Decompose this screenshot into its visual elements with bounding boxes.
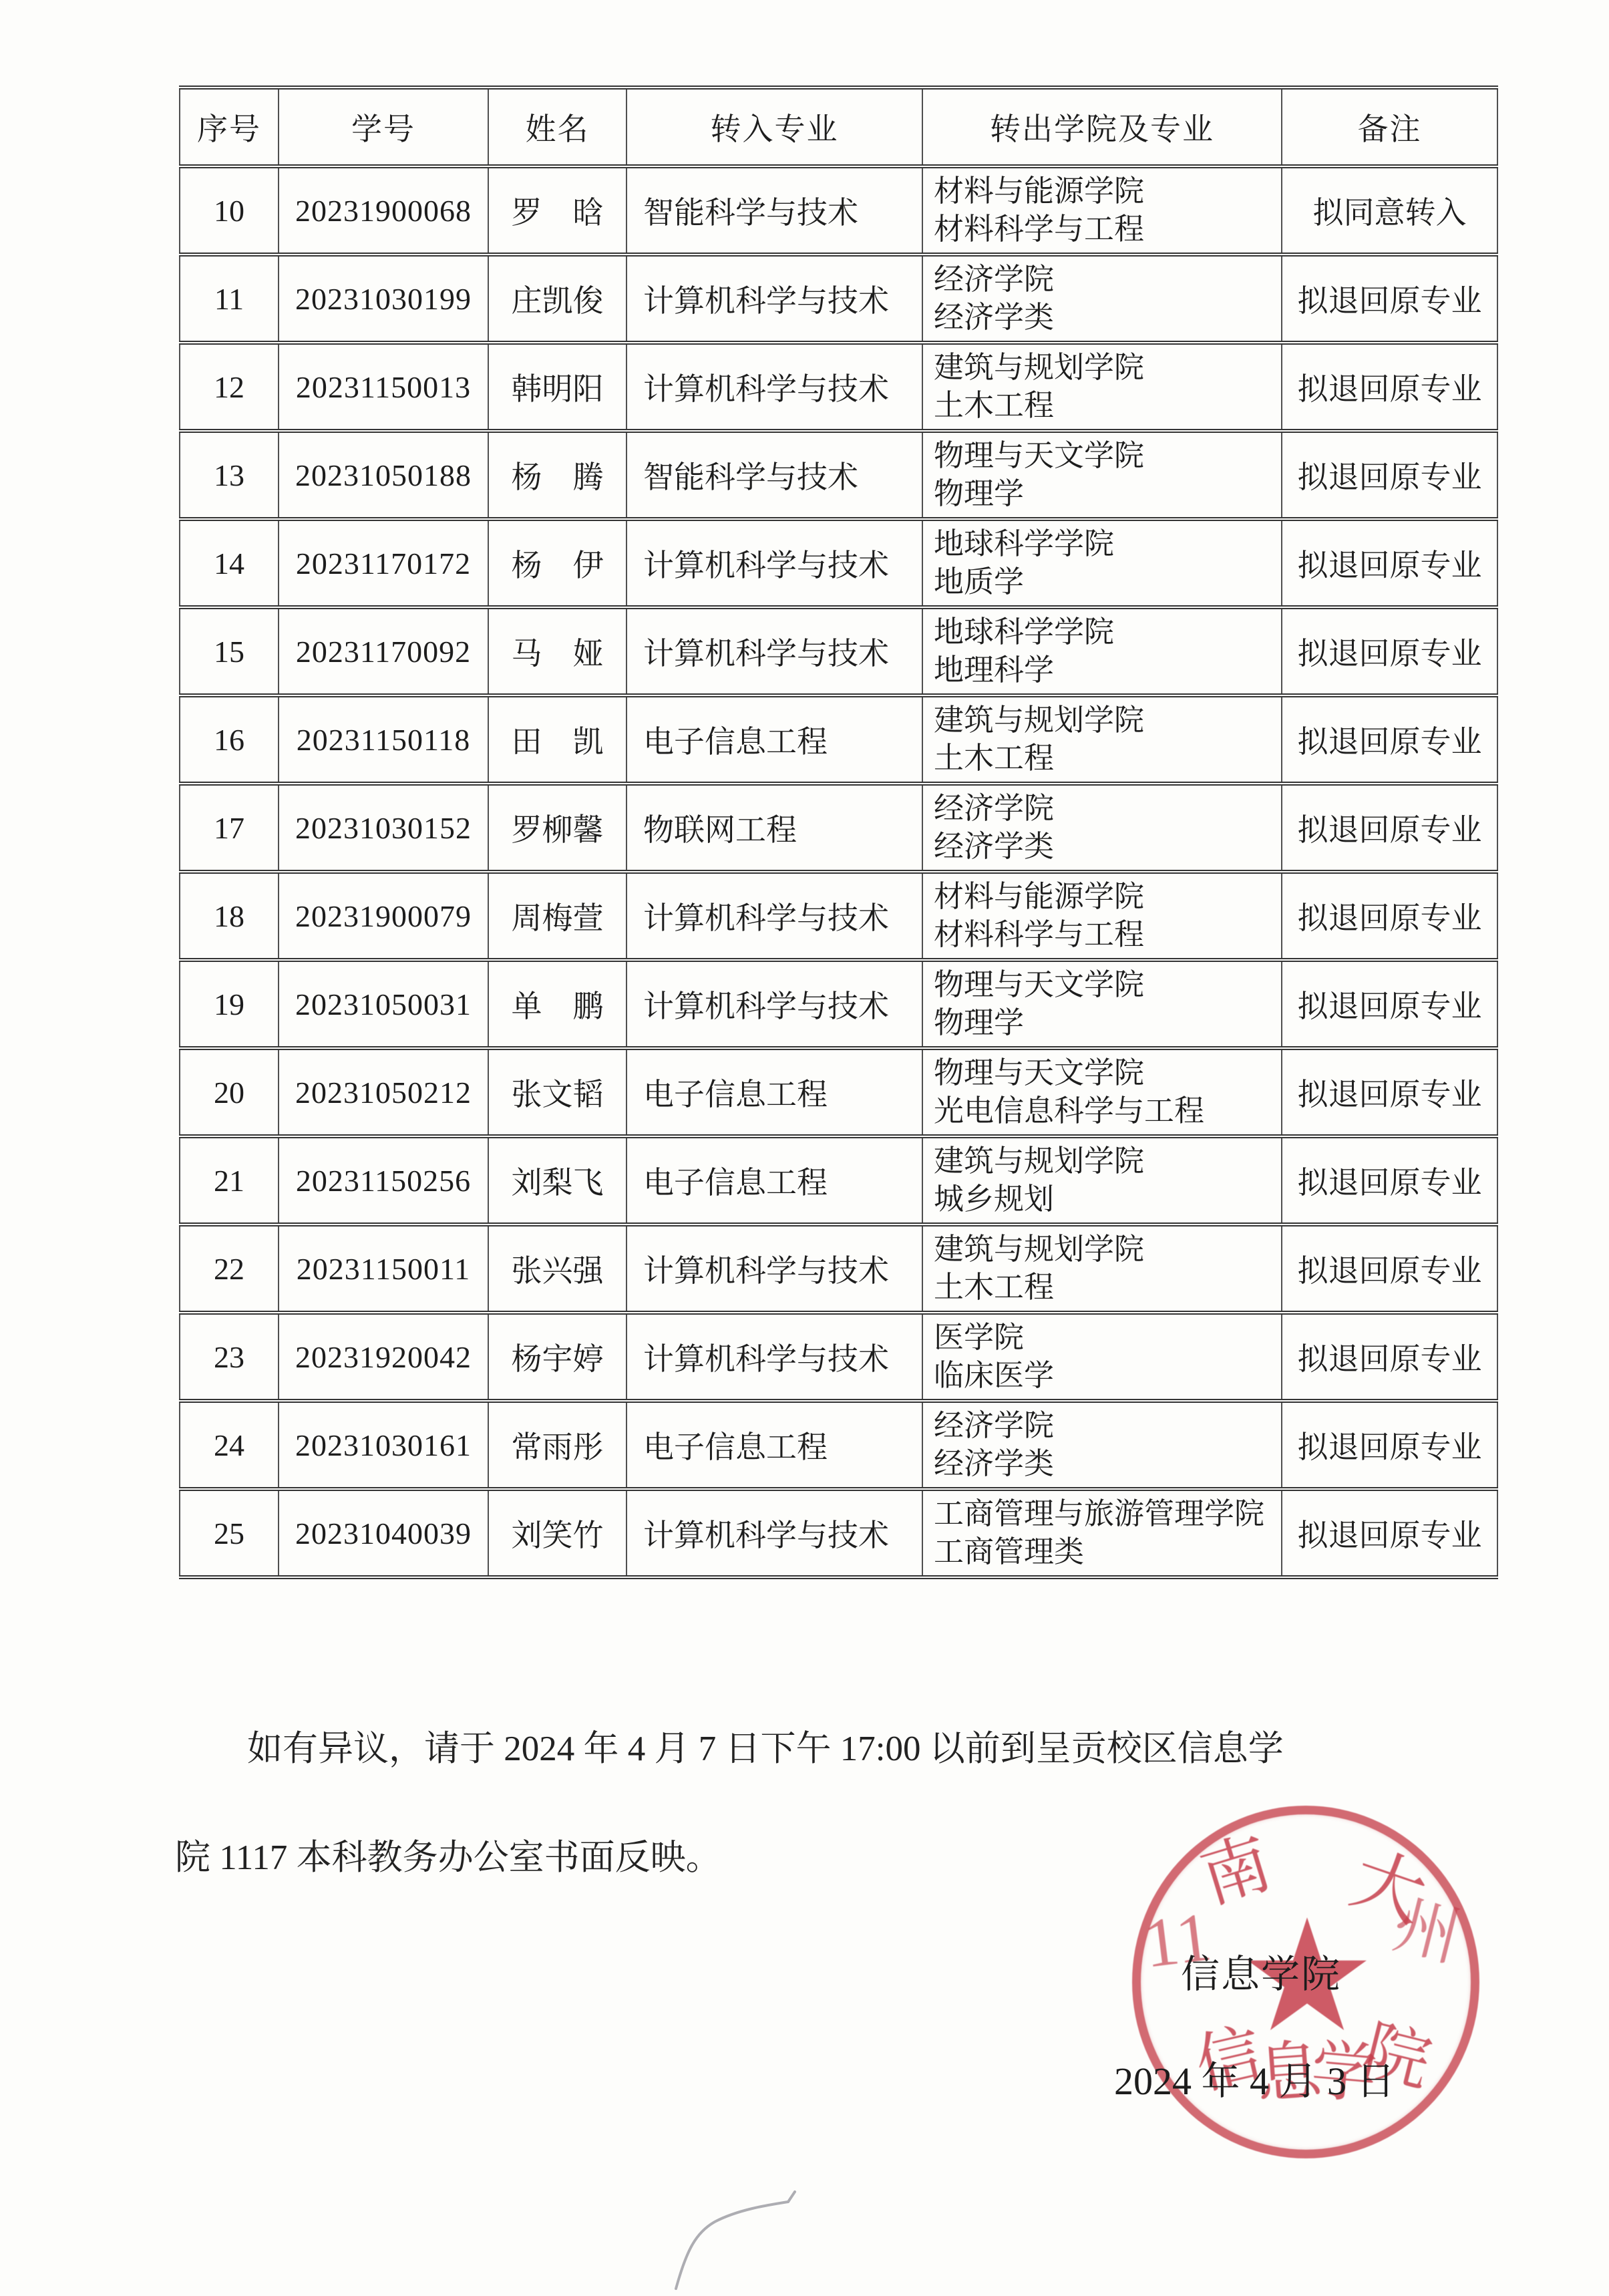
cell-college-major-out: 物理与天文学院物理学 [922,431,1282,519]
cell-remark: 拟退回原专业 [1282,255,1497,343]
cell-remark: 拟退回原专业 [1282,431,1497,519]
table-row: 2120231150256刘梨飞电子信息工程建筑与规划学院城乡规划拟退回原专业 [180,1136,1497,1224]
cell-major-in: 电子信息工程 [627,1048,922,1136]
college-out-line: 建筑与规划学院 [934,705,1144,735]
cell-student-id: 20231920042 [279,1313,488,1401]
major-out-line: 经济学类 [934,1449,1054,1479]
table-row: 1920231050031单 鹏计算机科学与技术物理与天文学院物理学拟退回原专业 [180,960,1497,1048]
cell-name: 田 凯 [488,695,627,784]
cell-remark: 拟退回原专业 [1282,1224,1497,1313]
cell-college-major-out: 建筑与规划学院土木工程 [922,1224,1282,1313]
cell-no: 18 [180,872,279,960]
table-row: 2320231920042杨宇婷计算机科学与技术医学院临床医学拟退回原专业 [180,1313,1497,1401]
header-cell: 备注 [1282,88,1497,166]
signature-department: 信息学院 [1181,1943,1341,1999]
transfer-table: 序号学号姓名转入专业转出学院及专业备注 1020231900068罗 晗智能科学… [179,86,1498,1579]
cell-student-id: 20231050188 [279,431,488,519]
table-row: 1020231900068罗 晗智能科学与技术材料与能源学院材料科学与工程拟同意… [180,166,1497,255]
table-row: 1620231150118田 凯电子信息工程建筑与规划学院土木工程拟退回原专业 [180,695,1497,784]
college-out-line: 材料与能源学院 [934,176,1144,206]
cell-name: 韩明阳 [488,343,627,431]
notice-line-1: 如有异议，请于 2024 年 4 月 7 日下午 17:00 以前到呈贡校区信息… [175,1727,1530,1771]
cell-college-major-out: 建筑与规划学院土木工程 [922,343,1282,431]
cell-no: 24 [180,1401,279,1489]
cell-name: 杨 伊 [488,519,627,607]
cell-college-major-out: 物理与天文学院光电信息科学与工程 [922,1048,1282,1136]
table-row: 2520231040039刘笑竹计算机科学与技术工商管理与旅游管理学院工商管理类… [180,1489,1497,1577]
cell-remark: 拟退回原专业 [1282,960,1497,1048]
cell-college-major-out: 地球科学学院地理科学 [922,607,1282,695]
table-row: 1520231170092马 娅计算机科学与技术地球科学学院地理科学拟退回原专业 [180,607,1497,695]
table-row: 1420231170172杨 伊计算机科学与技术地球科学学院地质学拟退回原专业 [180,519,1497,607]
table-row: 2420231030161常雨彤电子信息工程经济学院经济学类拟退回原专业 [180,1401,1497,1489]
college-out-line: 建筑与规划学院 [934,1235,1144,1265]
cell-student-id: 20231900079 [279,872,488,960]
cell-student-id: 20231030152 [279,784,488,872]
cell-major-in: 计算机科学与技术 [627,255,922,343]
page: 序号学号姓名转入专业转出学院及专业备注 1020231900068罗 晗智能科学… [0,0,1609,2296]
cell-major-in: 计算机科学与技术 [627,1224,922,1313]
cell-name: 常雨彤 [488,1401,627,1489]
major-out-line: 经济学类 [934,303,1054,333]
cell-college-major-out: 材料与能源学院材料科学与工程 [922,166,1282,255]
major-out-line: 城乡规划 [934,1184,1054,1214]
cell-remark: 拟退回原专业 [1282,519,1497,607]
college-out-line: 经济学院 [934,794,1054,824]
cell-no: 14 [180,519,279,607]
cell-major-in: 计算机科学与技术 [627,343,922,431]
cell-college-major-out: 工商管理与旅游管理学院工商管理类 [922,1489,1282,1577]
college-out-line: 地球科学学院 [934,529,1114,559]
college-out-line: 材料与能源学院 [934,882,1144,912]
cell-major-in: 计算机科学与技术 [627,872,922,960]
college-out-line: 经济学院 [934,1411,1054,1441]
table-row: 1820231900079周梅萱计算机科学与技术材料与能源学院材料科学与工程拟退… [180,872,1497,960]
cell-major-in: 计算机科学与技术 [627,519,922,607]
cell-student-id: 20231170092 [279,607,488,695]
college-out-line: 物理与天文学院 [934,970,1144,1000]
cell-college-major-out: 医学院临床医学 [922,1313,1282,1401]
header-cell: 姓名 [488,88,627,166]
cell-college-major-out: 材料与能源学院材料科学与工程 [922,872,1282,960]
cell-remark: 拟退回原专业 [1282,872,1497,960]
table-header-row: 序号学号姓名转入专业转出学院及专业备注 [180,88,1497,166]
cell-name: 庄凯俊 [488,255,627,343]
table-body: 1020231900068罗 晗智能科学与技术材料与能源学院材料科学与工程拟同意… [180,166,1497,1577]
major-out-line: 土木工程 [934,744,1054,774]
cell-student-id: 20231170172 [279,519,488,607]
cell-remark: 拟退回原专业 [1282,1489,1497,1577]
signature-date: 2024 年 4 月 3 日 [1114,2049,1395,2106]
major-out-line: 物理学 [934,479,1024,509]
cell-major-in: 电子信息工程 [627,1401,922,1489]
cell-student-id: 20231050031 [279,960,488,1048]
cell-no: 19 [180,960,279,1048]
cell-college-major-out: 地球科学学院地质学 [922,519,1282,607]
table-row: 1220231150013韩明阳计算机科学与技术建筑与规划学院土木工程拟退回原专… [180,343,1497,431]
cell-no: 11 [180,255,279,343]
cell-student-id: 20231030161 [279,1401,488,1489]
table-row: 2020231050212张文韬电子信息工程物理与天文学院光电信息科学与工程拟退… [180,1048,1497,1136]
table-row: 1120231030199庄凯俊计算机科学与技术经济学院经济学类拟退回原专业 [180,255,1497,343]
cell-college-major-out: 经济学院经济学类 [922,255,1282,343]
major-out-line: 地理科学 [934,655,1054,685]
cell-student-id: 20231050212 [279,1048,488,1136]
cell-remark: 拟退回原专业 [1282,607,1497,695]
major-out-line: 材料科学与工程 [934,214,1144,244]
cell-remark: 拟退回原专业 [1282,784,1497,872]
table-row: 2220231150011张兴强计算机科学与技术建筑与规划学院土木工程拟退回原专… [180,1224,1497,1313]
college-out-line: 建筑与规划学院 [934,1146,1144,1176]
cell-remark: 拟退回原专业 [1282,343,1497,431]
cell-name: 马 娅 [488,607,627,695]
cell-college-major-out: 物理与天文学院物理学 [922,960,1282,1048]
major-out-line: 物理学 [934,1008,1024,1038]
cell-college-major-out: 经济学院经济学类 [922,784,1282,872]
header-cell: 转出学院及专业 [922,88,1282,166]
cell-name: 单 鹏 [488,960,627,1048]
cell-no: 16 [180,695,279,784]
cell-name: 刘笑竹 [488,1489,627,1577]
cell-remark: 拟退回原专业 [1282,1313,1497,1401]
college-out-line: 工商管理与旅游管理学院 [934,1499,1264,1529]
major-out-line: 光电信息科学与工程 [934,1096,1204,1126]
cell-major-in: 智能科学与技术 [627,431,922,519]
cell-no: 17 [180,784,279,872]
cell-major-in: 电子信息工程 [627,695,922,784]
cell-college-major-out: 建筑与规划学院土木工程 [922,695,1282,784]
cell-remark: 拟退回原专业 [1282,1048,1497,1136]
cell-remark: 拟退回原专业 [1282,1401,1497,1489]
college-out-line: 医学院 [934,1323,1024,1353]
header-cell: 序号 [180,88,279,166]
header-cell: 转入专业 [627,88,922,166]
cell-student-id: 20231030199 [279,255,488,343]
cell-major-in: 计算机科学与技术 [627,1489,922,1577]
cell-student-id: 20231150011 [279,1224,488,1313]
cell-student-id: 20231900068 [279,166,488,255]
cell-student-id: 20231150256 [279,1136,488,1224]
cell-remark: 拟同意转入 [1282,166,1497,255]
cell-remark: 拟退回原专业 [1282,1136,1497,1224]
cell-college-major-out: 经济学院经济学类 [922,1401,1282,1489]
cell-student-id: 20231150013 [279,343,488,431]
cell-no: 23 [180,1313,279,1401]
cell-name: 罗 晗 [488,166,627,255]
table-row: 1320231050188杨 腾智能科学与技术物理与天文学院物理学拟退回原专业 [180,431,1497,519]
cell-major-in: 电子信息工程 [627,1136,922,1224]
header-cell: 学号 [279,88,488,166]
cell-major-in: 计算机科学与技术 [627,1313,922,1401]
cell-name: 周梅萱 [488,872,627,960]
cell-name: 杨 腾 [488,431,627,519]
cell-name: 张文韬 [488,1048,627,1136]
cell-no: 13 [180,431,279,519]
table-row: 1720231030152罗柳馨物联网工程经济学院经济学类拟退回原专业 [180,784,1497,872]
cell-college-major-out: 建筑与规划学院城乡规划 [922,1136,1282,1224]
cell-name: 张兴强 [488,1224,627,1313]
cell-major-in: 智能科学与技术 [627,166,922,255]
college-out-line: 地球科学学院 [934,617,1114,647]
cell-name: 罗柳馨 [488,784,627,872]
major-out-line: 临床医学 [934,1361,1054,1391]
college-out-line: 经济学院 [934,265,1054,295]
cell-student-id: 20231150118 [279,695,488,784]
cell-major-in: 计算机科学与技术 [627,607,922,695]
cell-major-in: 物联网工程 [627,784,922,872]
college-out-line: 建筑与规划学院 [934,353,1144,383]
cell-no: 15 [180,607,279,695]
cell-no: 25 [180,1489,279,1577]
cell-remark: 拟退回原专业 [1282,695,1497,784]
cell-student-id: 20231040039 [279,1489,488,1577]
major-out-line: 地质学 [934,567,1024,597]
cell-no: 20 [180,1048,279,1136]
cell-no: 22 [180,1224,279,1313]
college-out-line: 物理与天文学院 [934,1058,1144,1088]
major-out-line: 土木工程 [934,1273,1054,1303]
cell-no: 12 [180,343,279,431]
major-out-line: 工商管理类 [934,1537,1084,1567]
college-out-line: 物理与天文学院 [934,441,1144,471]
cell-no: 21 [180,1136,279,1224]
scan-ink-mark [661,2183,815,2296]
major-out-line: 材料科学与工程 [934,920,1144,950]
cell-name: 刘梨飞 [488,1136,627,1224]
cell-name: 杨宇婷 [488,1313,627,1401]
cell-no: 10 [180,166,279,255]
major-out-line: 经济学类 [934,832,1054,862]
major-out-line: 土木工程 [934,391,1054,421]
cell-major-in: 计算机科学与技术 [627,960,922,1048]
